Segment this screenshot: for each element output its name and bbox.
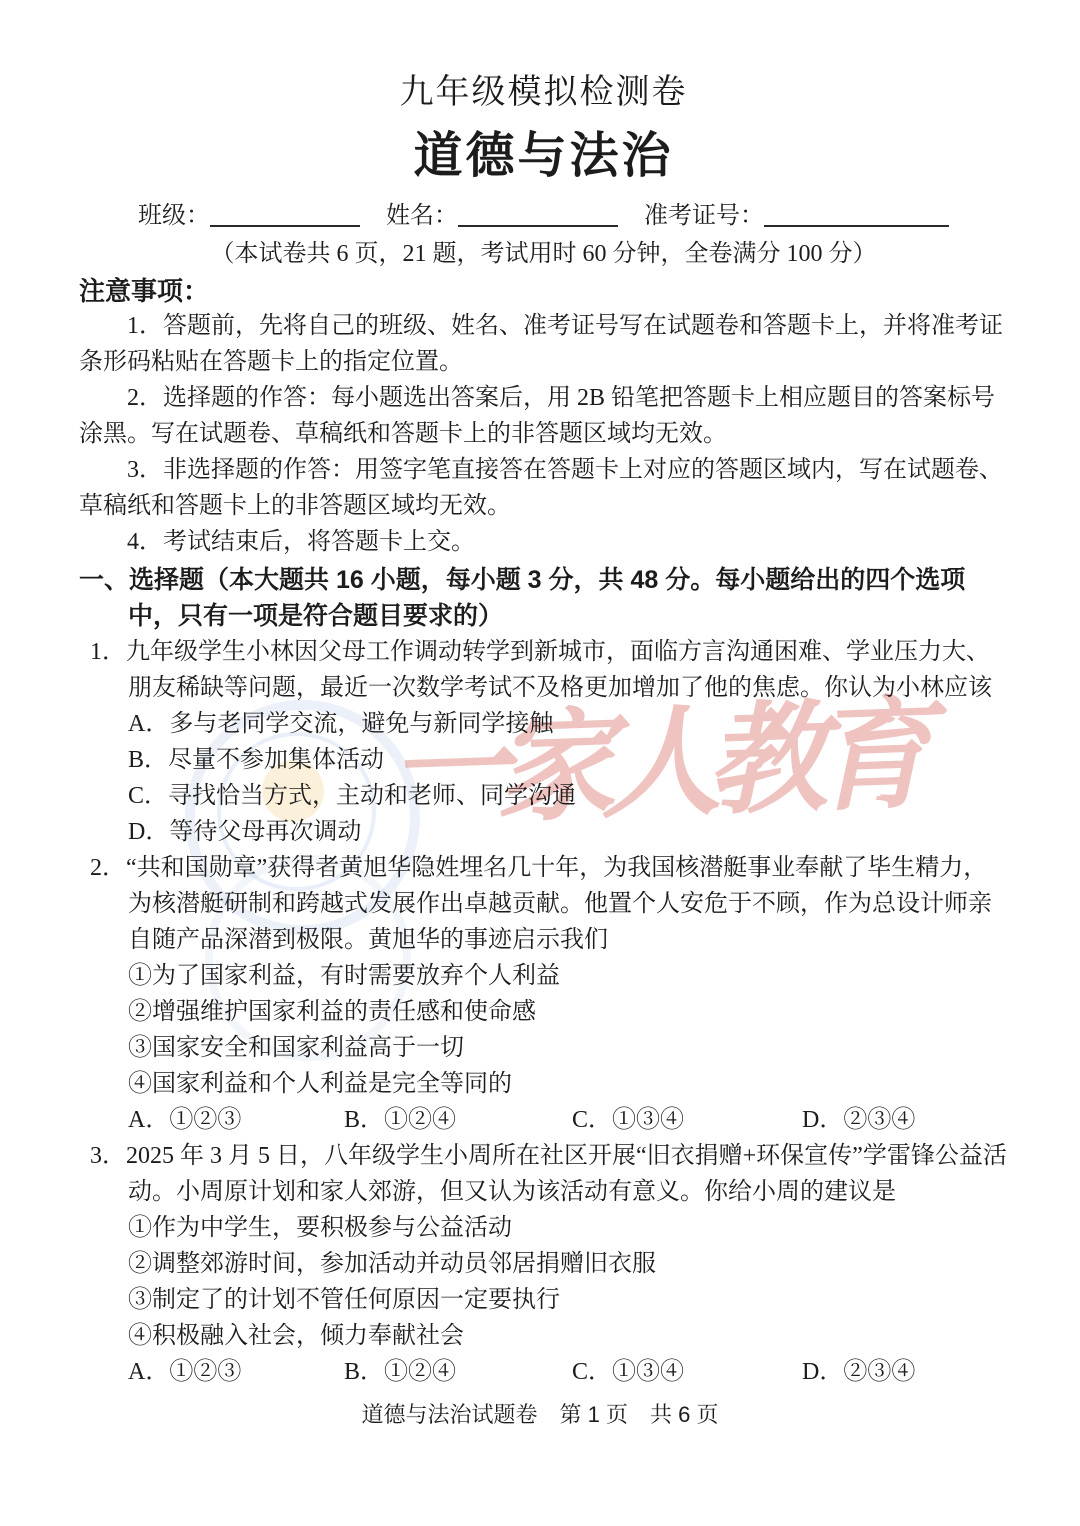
question-number: 1． [90, 639, 126, 665]
option-label: C． [572, 1359, 612, 1385]
question-number: 2． [90, 855, 126, 881]
page-content: 九年级模拟检测卷 道德与法治 班级： 姓名： 准考证号： （本试卷共 6 页，2… [0, 72, 1080, 1390]
question-2-option-a: A．①②③ [128, 1102, 338, 1138]
question-2-options-row: A．①②③ B．①②④ C．①③④ D．②③④ [128, 1102, 1008, 1138]
question-number: 3． [90, 1143, 126, 1169]
note-item: 2．选择题的作答：每小题选出答案后，用 2B 铅笔把答题卡上相应题目的答案标号涂… [79, 380, 1008, 452]
notes-title: 注意事项： [79, 274, 1008, 308]
option-text: 多与老同学交流，避免与新同学接触 [169, 711, 553, 737]
question-1: 1．九年级学生小林因父母工作调动转学到新城市，面临方言沟通困难、学业压力大、朋友… [79, 634, 1008, 850]
class-label: 班级： [138, 203, 210, 229]
option-text: 等待父母再次调动 [169, 819, 361, 845]
question-2-statement-4: ④国家利益和个人利益是完全等同的 [128, 1066, 1008, 1102]
question-3-text: 3．2025 年 3 月 5 日，八年级学生小周所在社区开展“旧衣捐赠+环保宣传… [128, 1138, 1008, 1210]
question-1-text: 1．九年级学生小林因父母工作调动转学到新城市，面临方言沟通困难、学业压力大、朋友… [128, 634, 1008, 706]
question-2-statement-1: ①为了国家利益，有时需要放弃个人利益 [128, 958, 1008, 994]
section-heading: 一、选择题（本大题共 16 小题，每小题 3 分，共 48 分。每小题给出的四个… [79, 562, 1008, 634]
ticket-field: 准考证号： [644, 198, 949, 234]
question-stem: “共和国勋章”获得者黄旭华隐姓埋名几十年，为我国核潜艇事业奉献了毕生精力，为核潜… [126, 855, 992, 953]
option-label: C． [128, 783, 168, 809]
question-3-option-a: A．①②③ [128, 1354, 338, 1390]
option-text: ①②③ [169, 1107, 241, 1133]
question-3-option-b: B．①②④ [344, 1354, 566, 1390]
name-label: 姓名： [386, 203, 458, 229]
ticket-blank-line [764, 201, 949, 227]
question-1-option-d: D．等待父母再次调动 [128, 814, 1008, 850]
option-label: C． [572, 1107, 612, 1133]
question-3-statement-4: ④积极融入社会，倾力奉献社会 [128, 1318, 1008, 1354]
name-field: 姓名： [386, 198, 618, 234]
option-text: ②③④ [843, 1359, 915, 1385]
option-label: B． [128, 747, 168, 773]
class-field: 班级： [138, 198, 360, 234]
question-3-options-row: A．①②③ B．①②④ C．①③④ D．②③④ [128, 1354, 1008, 1390]
option-text: ②③④ [843, 1107, 915, 1133]
option-label: A． [128, 1359, 169, 1385]
option-text: ①③④ [612, 1107, 684, 1133]
paper-subtitle: 九年级模拟检测卷 [79, 72, 1008, 112]
question-3-statement-2: ②调整郊游时间，参加活动并动员邻居捐赠旧衣服 [128, 1246, 1008, 1282]
option-label: A． [128, 1107, 169, 1133]
question-2-statement-3: ③国家安全和国家利益高于一切 [128, 1030, 1008, 1066]
student-info-row: 班级： 姓名： 准考证号： [79, 198, 1008, 234]
paper-title: 道德与法治 [79, 128, 1008, 184]
name-blank-line [458, 201, 618, 227]
question-1-option-b: B．尽量不参加集体活动 [128, 742, 1008, 778]
option-text: ①②③ [169, 1359, 241, 1385]
class-blank-line [210, 201, 360, 227]
question-1-option-a: A．多与老同学交流，避免与新同学接触 [128, 706, 1008, 742]
page-footer: 道德与法治试题卷 第 1 页 共 6 页 [0, 1400, 1080, 1430]
question-3-option-d: D．②③④ [802, 1354, 915, 1390]
question-2: 2．“共和国勋章”获得者黄旭华隐姓埋名几十年，为我国核潜艇事业奉献了毕生精力，为… [79, 850, 1008, 1138]
note-item: 1．答题前，先将自己的班级、姓名、准考证号写在试题卷和答题卡上，并将准考证条形码… [79, 308, 1008, 380]
option-text: ①②④ [384, 1107, 456, 1133]
paper-meta-line: （本试卷共 6 页，21 题，考试用时 60 分钟，全卷满分 100 分） [79, 236, 1008, 272]
ticket-label: 准考证号： [644, 203, 764, 229]
question-2-option-b: B．①②④ [344, 1102, 566, 1138]
option-text: 尽量不参加集体活动 [168, 747, 384, 773]
option-label: D． [802, 1107, 843, 1133]
question-stem: 2025 年 3 月 5 日，八年级学生小周所在社区开展“旧衣捐赠+环保宣传”学… [126, 1143, 1007, 1205]
note-item: 3．非选择题的作答：用签字笔直接答在答题卡上对应的答题区域内，写在试题卷、草稿纸… [79, 452, 1008, 524]
question-3-statement-1: ①作为中学生，要积极参与公益活动 [128, 1210, 1008, 1246]
option-text: ①②④ [384, 1359, 456, 1385]
question-2-option-d: D．②③④ [802, 1102, 915, 1138]
question-stem: 九年级学生小林因父母工作调动转学到新城市，面临方言沟通困难、学业压力大、朋友稀缺… [126, 639, 992, 701]
question-3: 3．2025 年 3 月 5 日，八年级学生小周所在社区开展“旧衣捐赠+环保宣传… [79, 1138, 1008, 1390]
question-2-statement-2: ②增强维护国家利益的责任感和使命感 [128, 994, 1008, 1030]
option-label: D． [128, 819, 169, 845]
option-label: B． [344, 1107, 384, 1133]
option-text: 寻找恰当方式，主动和老师、同学沟通 [168, 783, 576, 809]
question-2-option-c: C．①③④ [572, 1102, 796, 1138]
exam-paper-page: 一家人教育 九年级模拟检测卷 道德与法治 班级： 姓名： 准考证号： （本试卷共… [0, 0, 1080, 1526]
note-item: 4．考试结束后，将答题卡上交。 [79, 524, 1008, 560]
option-label: D． [802, 1359, 843, 1385]
option-text: ①③④ [612, 1359, 684, 1385]
question-3-option-c: C．①③④ [572, 1354, 796, 1390]
question-3-statement-3: ③制定了的计划不管任何原因一定要执行 [128, 1282, 1008, 1318]
question-1-option-c: C．寻找恰当方式，主动和老师、同学沟通 [128, 778, 1008, 814]
option-label: A． [128, 711, 169, 737]
option-label: B． [344, 1359, 384, 1385]
question-2-text: 2．“共和国勋章”获得者黄旭华隐姓埋名几十年，为我国核潜艇事业奉献了毕生精力，为… [128, 850, 1008, 958]
